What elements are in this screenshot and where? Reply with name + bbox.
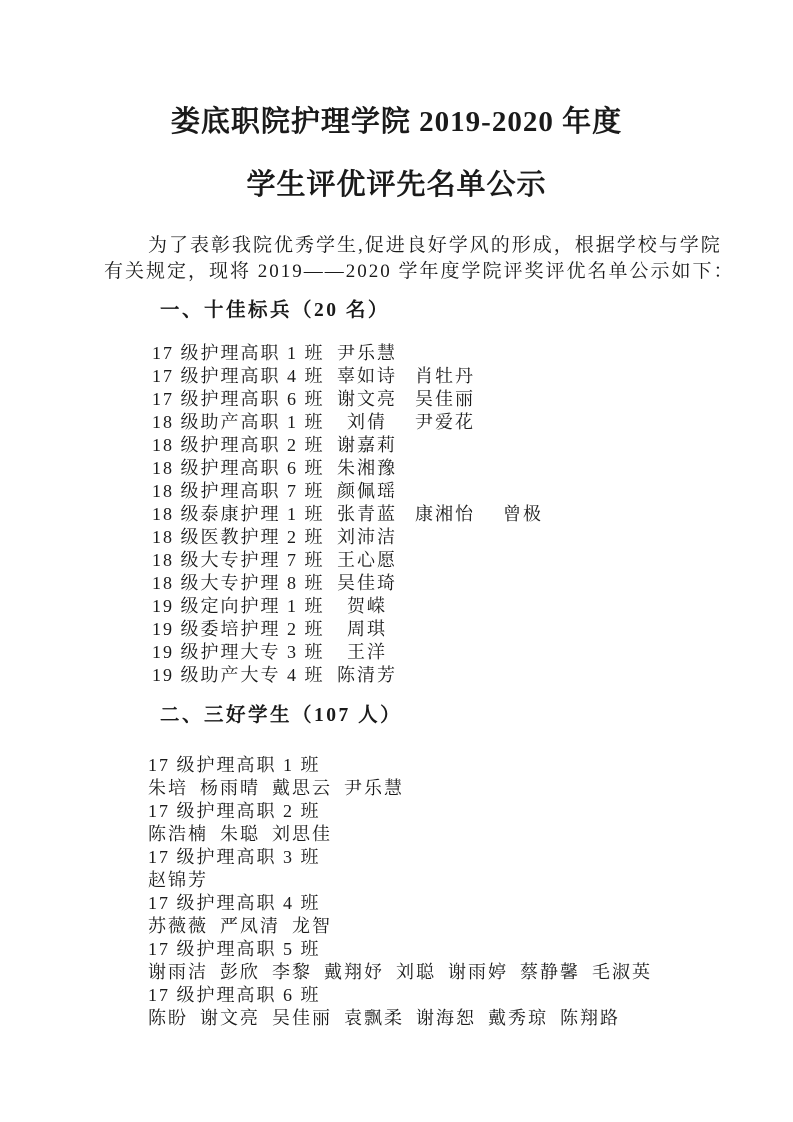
student-name: 彭欣	[220, 961, 260, 984]
class-label: 19 级助产大专 4 班	[152, 664, 328, 687]
student-name: 杨雨晴	[200, 777, 260, 800]
student-names-line: 谢雨洁彭欣李黎戴翔妤刘聪谢雨婷蔡静馨毛淑英	[148, 961, 793, 984]
class-label: 18 级护理高职 2 班	[152, 434, 328, 457]
student-name: 吴佳丽	[272, 1007, 332, 1030]
student-name: 戴秀琼	[488, 1007, 548, 1030]
student-name: 谢雨洁	[148, 961, 208, 984]
student-name: 龙智	[292, 915, 332, 938]
section2-heading: 二、三好学生（107 人）	[160, 704, 793, 728]
award-row: 18 级助产高职 1 班刘倩尹爱花	[152, 411, 793, 434]
class-label: 18 级泰康护理 1 班	[152, 503, 328, 526]
student-name: 刘倩	[328, 411, 406, 434]
student-name: 刘沛洁	[328, 526, 406, 549]
intro-line-2: 有关规定，现将 2019——2020 学年度学院评奖评优名单公示如下：	[104, 259, 697, 285]
class-label: 18 级护理高职 7 班	[152, 480, 328, 503]
student-name: 谢嘉莉	[328, 434, 406, 457]
intro-paragraph: 为了表彰我院优秀学生,促进良好学风的形成，根据学校与学院 有关规定，现将 201…	[104, 233, 697, 285]
award-row: 19 级助产大专 4 班陈清芳	[152, 664, 793, 687]
student-name: 谢海恕	[416, 1007, 476, 1030]
student-name: 陈浩楠	[148, 823, 208, 846]
student-name: 康湘怡	[406, 503, 484, 526]
student-name: 陈清芳	[328, 664, 406, 687]
award-row: 18 级医教护理 2 班刘沛洁	[152, 526, 793, 549]
class-label: 17 级护理高职 4 班	[152, 365, 328, 388]
student-name: 肖牡丹	[406, 365, 484, 388]
class-label: 17 级护理高职 1 班	[148, 754, 793, 777]
class-label: 18 级医教护理 2 班	[152, 526, 328, 549]
student-names-line: 陈盼谢文亮吴佳丽袁飘柔谢海恕戴秀琼陈翔路	[148, 1007, 793, 1030]
award-row: 18 级护理高职 7 班颜佩瑶	[152, 480, 793, 503]
class-label: 18 级护理高职 6 班	[152, 457, 328, 480]
student-name: 王洋	[328, 641, 406, 664]
student-name: 严凤清	[220, 915, 280, 938]
award-row: 19 级定向护理 1 班贺嵘	[152, 595, 793, 618]
student-name: 谢雨婷	[448, 961, 508, 984]
student-name: 辜如诗	[328, 365, 406, 388]
student-name: 朱湘豫	[328, 457, 406, 480]
student-name: 戴翔妤	[324, 961, 384, 984]
class-label: 17 级护理高职 2 班	[148, 800, 793, 823]
award-row: 17 级护理高职 1 班尹乐慧	[152, 342, 793, 365]
class-label: 17 级护理高职 6 班	[152, 388, 328, 411]
student-name: 尹爱花	[406, 411, 484, 434]
student-name: 尹乐慧	[344, 777, 404, 800]
section1-award-list: 17 级护理高职 1 班尹乐慧17 级护理高职 4 班辜如诗肖牡丹17 级护理高…	[152, 342, 793, 687]
student-name: 朱聪	[220, 823, 260, 846]
student-name: 周琪	[328, 618, 406, 641]
award-row: 19 级委培护理 2 班周琪	[152, 618, 793, 641]
student-name: 王心愿	[328, 549, 406, 572]
award-row: 18 级大专护理 8 班吴佳琦	[152, 572, 793, 595]
student-name: 吴佳琦	[328, 572, 406, 595]
class-label: 18 级大专护理 8 班	[152, 572, 328, 595]
intro-line-1: 为了表彰我院优秀学生,促进良好学风的形成，根据学校与学院	[104, 233, 697, 259]
award-row: 18 级护理高职 2 班谢嘉莉	[152, 434, 793, 457]
student-name: 贺嵘	[328, 595, 406, 618]
student-names-line: 朱培杨雨晴戴思云尹乐慧	[148, 777, 793, 800]
student-name: 刘思佳	[272, 823, 332, 846]
student-name: 曾极	[484, 503, 562, 526]
document-page: 娄底职院护理学院 2019-2020 年度 学生评优评先名单公示 为了表彰我院优…	[0, 0, 793, 1122]
class-label: 17 级护理高职 1 班	[152, 342, 328, 365]
student-name: 赵锦芳	[148, 869, 208, 892]
section1-heading: 一、十佳标兵（20 名）	[160, 299, 793, 323]
award-row: 18 级泰康护理 1 班张青蓝康湘怡曾极	[152, 503, 793, 526]
class-label: 18 级助产高职 1 班	[152, 411, 328, 434]
student-name: 戴思云	[272, 777, 332, 800]
award-row: 19 级护理大专 3 班王洋	[152, 641, 793, 664]
student-name: 颜佩瑶	[328, 480, 406, 503]
student-name: 蔡静馨	[520, 961, 580, 984]
class-label: 18 级大专护理 7 班	[152, 549, 328, 572]
award-row: 17 级护理高职 6 班谢文亮吴佳丽	[152, 388, 793, 411]
award-row: 17 级护理高职 4 班辜如诗肖牡丹	[152, 365, 793, 388]
class-label: 17 级护理高职 4 班	[148, 892, 793, 915]
student-names-line: 陈浩楠朱聪刘思佳	[148, 823, 793, 846]
document-title-line2: 学生评优评先名单公示	[0, 167, 793, 203]
student-name: 尹乐慧	[328, 342, 406, 365]
student-name: 谢文亮	[200, 1007, 260, 1030]
student-name: 李黎	[272, 961, 312, 984]
student-name: 袁飘柔	[344, 1007, 404, 1030]
student-name: 刘聪	[396, 961, 436, 984]
class-label: 19 级委培护理 2 班	[152, 618, 328, 641]
student-name: 吴佳丽	[406, 388, 484, 411]
student-name: 陈翔路	[560, 1007, 620, 1030]
student-names-line: 赵锦芳	[148, 869, 793, 892]
student-name: 张青蓝	[328, 503, 406, 526]
award-row: 18 级大专护理 7 班王心愿	[152, 549, 793, 572]
student-name: 毛淑英	[592, 961, 652, 984]
award-row: 18 级护理高职 6 班朱湘豫	[152, 457, 793, 480]
class-label: 17 级护理高职 3 班	[148, 846, 793, 869]
student-name: 谢文亮	[328, 388, 406, 411]
class-label: 17 级护理高职 6 班	[148, 984, 793, 1007]
student-name: 朱培	[148, 777, 188, 800]
student-name: 苏薇薇	[148, 915, 208, 938]
class-label: 19 级护理大专 3 班	[152, 641, 328, 664]
class-label: 19 级定向护理 1 班	[152, 595, 328, 618]
section2-student-list: 17 级护理高职 1 班朱培杨雨晴戴思云尹乐慧17 级护理高职 2 班陈浩楠朱聪…	[148, 754, 793, 1030]
class-label: 17 级护理高职 5 班	[148, 938, 793, 961]
document-title-line1: 娄底职院护理学院 2019-2020 年度	[0, 0, 793, 140]
student-names-line: 苏薇薇严凤清龙智	[148, 915, 793, 938]
student-name: 陈盼	[148, 1007, 188, 1030]
